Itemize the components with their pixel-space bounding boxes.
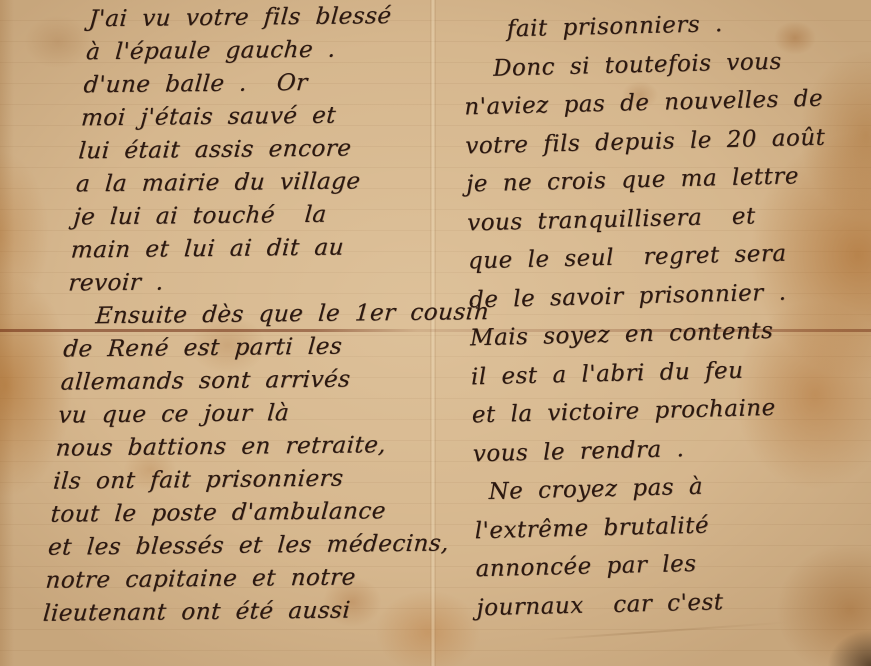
handwritten-line: tout le poste d'ambulance [49,494,482,532]
handwritten-line: notre capitaine et notre [44,560,477,598]
handwritten-line: revoir . [67,263,500,301]
handwritten-line: et les blessés et les médecins, [47,527,480,565]
handwritten-line: nous battions en retraite, [54,428,487,466]
handwritten-line: lieutenant ont été aussi [42,593,475,631]
handwritten-line: a la mairie du village [75,164,508,202]
handwritten-line: vu que ce jour là [57,395,490,433]
handwritten-line: Ensuite dès que le 1er cousin [65,296,498,334]
handwritten-line: ils ont fait prisonniers [52,461,485,499]
letter-right-page: fait prisonniers . Donc si toutefois vou… [440,1,871,628]
handwritten-letter-scan: J'ai vu votre fils blesséà l'épaule gauc… [0,0,871,666]
right-page-lines: fait prisonniers . Donc si toutefois vou… [462,1,871,627]
handwritten-line: de René est parti les [62,329,495,367]
handwritten-line: allemands sont arrivés [59,362,492,400]
handwritten-line: je lui ai touché la [72,197,505,235]
handwritten-line: main et lui ai dit au [70,230,503,268]
